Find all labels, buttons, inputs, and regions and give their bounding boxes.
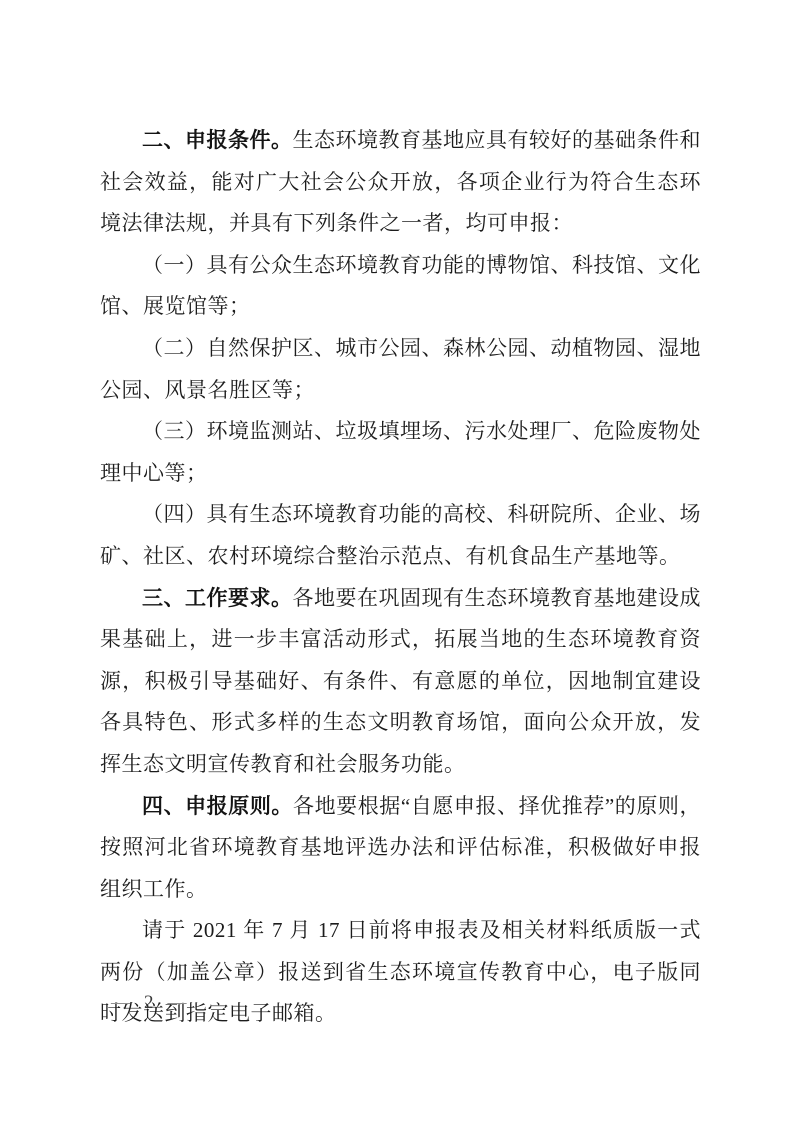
paragraph-work-requirements: 三、工作要求。各地要在巩固现有生态环境教育基地建设成果基础上，进一步丰富活动形式… <box>100 578 701 786</box>
section-heading-2: 二、申报条件。 <box>142 129 293 152</box>
paragraph-text: （三）环境监测站、垃圾填埋场、污水处理厂、危险废物处理中心等； <box>100 419 701 485</box>
page-number-dash-left: — <box>111 992 130 1014</box>
page-number-dash-right: — <box>168 992 187 1014</box>
paragraph-application-principles: 四、申报原则。各地要根据“自愿申报、择优推荐”的原则，按照河北省环境教育基地评选… <box>100 786 701 911</box>
paragraph-text: 各地要在巩固现有生态环境教育基地建设成果基础上，进一步丰富活动形式，拓展当地的生… <box>100 586 701 776</box>
paragraph-item-1: （一）具有公众生态环境教育功能的博物馆、科技馆、文化馆、展览馆等； <box>100 245 701 328</box>
paragraph-submission-deadline: 请于 2021 年 7 月 17 日前将申报表及相关材料纸质版一式两份（加盖公章… <box>100 910 701 1035</box>
paragraph-text: （二）自然保护区、城市公园、森林公园、动植物园、湿地公园、风景名胜区等； <box>100 336 701 402</box>
paragraph-text: 请于 2021 年 7 月 17 日前将申报表及相关材料纸质版一式两份（加盖公章… <box>100 918 701 1025</box>
paragraph-item-2: （二）自然保护区、城市公园、森林公园、动植物园、湿地公园、风景名胜区等； <box>100 328 701 411</box>
paragraph-item-4: （四）具有生态环境教育功能的高校、科研院所、企业、场矿、社区、农村环境综合整治示… <box>100 494 701 577</box>
section-heading-3: 三、工作要求。 <box>142 587 293 610</box>
section-heading-4: 四、申报原则。 <box>142 795 293 818</box>
document-page: 二、申报条件。生态环境教育基地应具有较好的基础条件和社会效益，能对广大社会公众开… <box>0 0 793 1122</box>
paragraph-text: （四）具有生态环境教育功能的高校、科研院所、企业、场矿、社区、农村环境综合整治示… <box>100 502 701 568</box>
paragraph-item-3: （三）环境监测站、垃圾填埋场、污水处理厂、危险废物处理中心等； <box>100 411 701 494</box>
page-number: — 2 — <box>111 992 187 1014</box>
document-body: 二、申报条件。生态环境教育基地应具有较好的基础条件和社会效益，能对广大社会公众开… <box>100 120 701 1035</box>
page-number-value: 2 <box>144 992 154 1014</box>
paragraph-text: （一）具有公众生态环境教育功能的博物馆、科技馆、文化馆、展览馆等； <box>100 253 701 319</box>
paragraph-application-conditions: 二、申报条件。生态环境教育基地应具有较好的基础条件和社会效益，能对广大社会公众开… <box>100 120 701 245</box>
